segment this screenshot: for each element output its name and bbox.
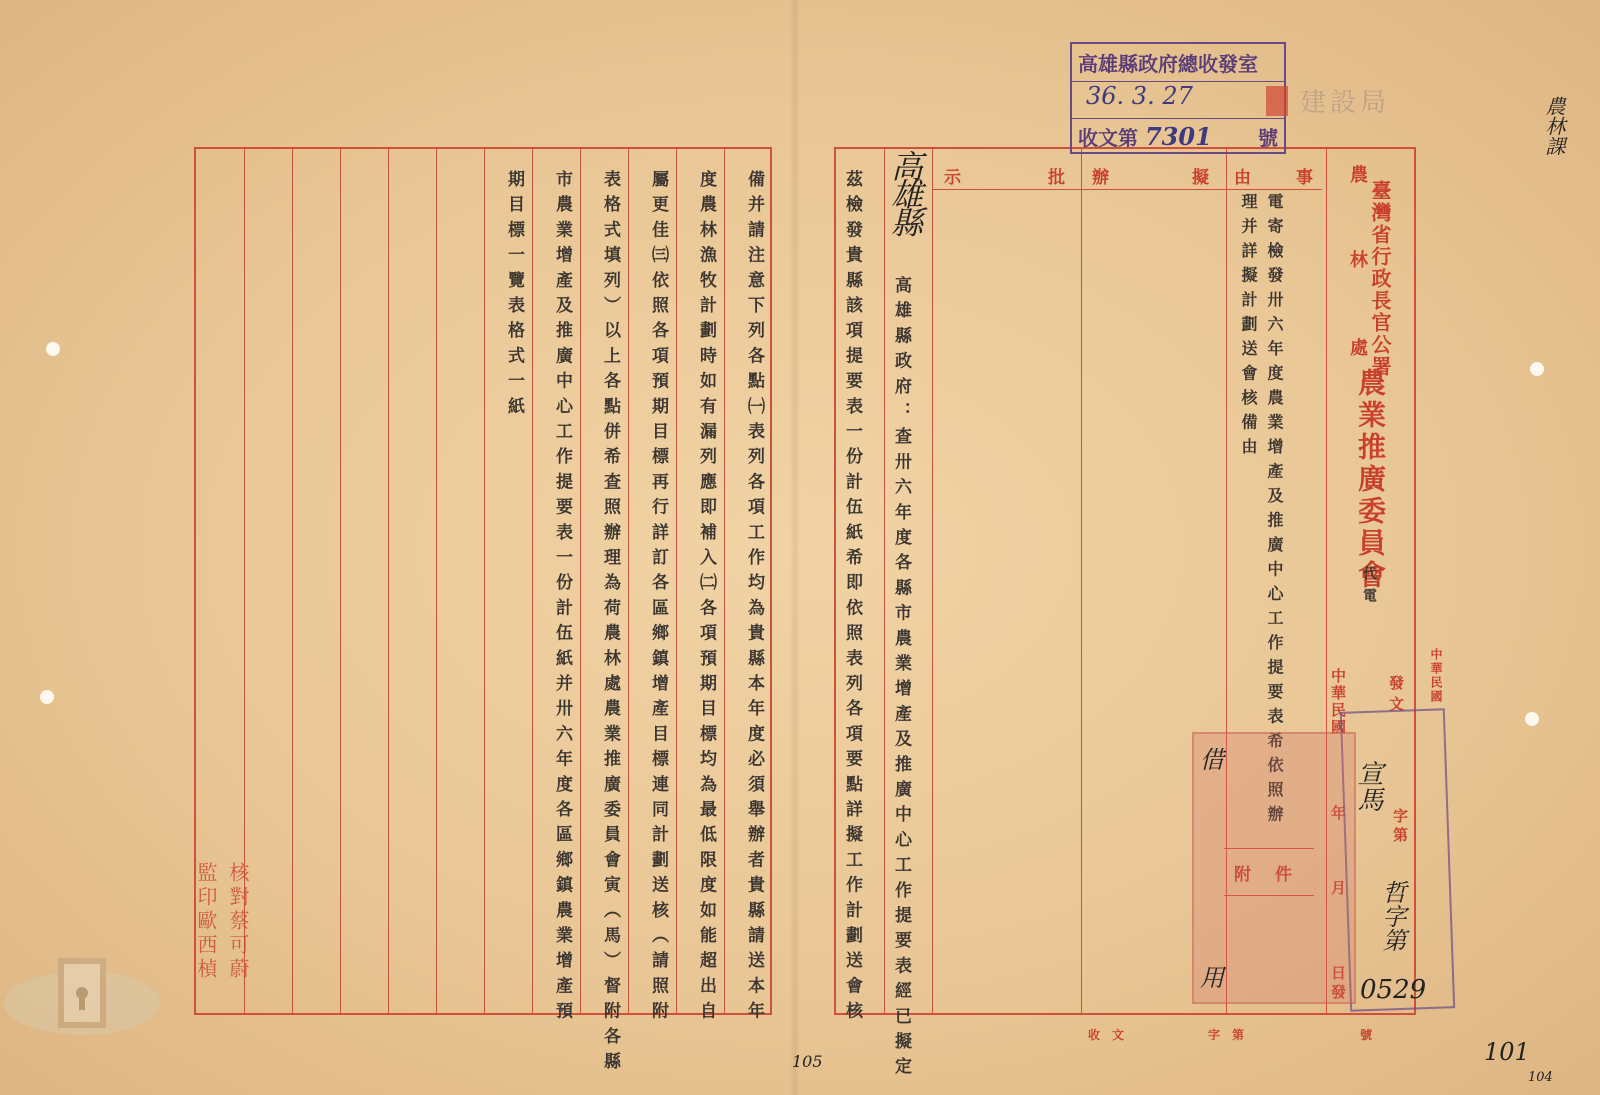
received-stamp: 高雄縣政府總收發室 36. 3. 27 收文第 7301 號 bbox=[1070, 42, 1286, 154]
date-right-roc: 中華民國 bbox=[1430, 648, 1442, 704]
received-office: 高雄縣政府總收發室 bbox=[1072, 44, 1284, 82]
punch-hole bbox=[40, 690, 54, 704]
received-number: 7301 bbox=[1145, 122, 1212, 151]
issuer-main: 臺灣省行政長官公署 bbox=[1370, 180, 1390, 378]
issuer-small-nong: 農 bbox=[1348, 165, 1366, 191]
left-page-frame bbox=[194, 147, 772, 1015]
body-col-6: 表格式填列）以上各點併希查照辦理為荷農林處農業推廣委員會寅（馬）督附各縣 bbox=[601, 170, 618, 1077]
issued-stamp bbox=[1340, 708, 1455, 1011]
body-col-1: 高雄縣政府：查卅六年度各縣市農業增產及推廣中心工作提要表經已擬定 bbox=[892, 276, 909, 1082]
received-label: 收文第 bbox=[1078, 126, 1138, 150]
subject-line-2: 理并詳擬計劃送會核備由 bbox=[1240, 193, 1256, 463]
label-shi-subject: 事 bbox=[1296, 163, 1313, 188]
page-number-right: 101 bbox=[1484, 1038, 1530, 1066]
received-hao: 號 bbox=[1258, 122, 1278, 151]
footer-recv: 收文 bbox=[1088, 1026, 1136, 1043]
handwritten-borrow: 借 bbox=[1200, 740, 1224, 775]
body-col-8: 期目標一覽表格式一紙 bbox=[505, 170, 522, 422]
faded-stamp-text: 建設局 bbox=[1300, 82, 1390, 119]
page-number-bottom: 105 bbox=[792, 1052, 823, 1071]
issuer-committee: 農業推廣委員會 bbox=[1356, 368, 1384, 592]
punch-hole bbox=[1525, 712, 1539, 726]
left-stamp-line-1: 核對蔡可蔚 bbox=[228, 862, 248, 982]
center-fold bbox=[790, 0, 800, 1095]
issuer-small-chu: 處 bbox=[1348, 338, 1366, 364]
label-ni: 擬 bbox=[1192, 163, 1209, 188]
archive-logo-icon bbox=[2, 948, 162, 1038]
left-stamp-line-2: 監印歐西楨 bbox=[196, 862, 216, 982]
small-red-seal bbox=[1266, 86, 1288, 116]
handwritten-char: 哲字第 bbox=[1375, 880, 1410, 952]
issuer-small-lin: 林 bbox=[1348, 250, 1366, 276]
label-ban: 辦 bbox=[1092, 163, 1109, 188]
footer-char-no: 字第 bbox=[1208, 1026, 1256, 1043]
handwritten-addressee: 高雄縣 bbox=[882, 150, 928, 234]
page-number-right-small: 104 bbox=[1528, 1070, 1553, 1085]
punch-hole bbox=[1530, 362, 1544, 376]
handwritten-use: 用 bbox=[1200, 958, 1224, 993]
body-col-3: 備并請注意下列各點㈠表列各項工作均為貴縣本年度必須舉辦者貴縣請送本年 bbox=[745, 170, 762, 1027]
body-col-7: 市農業增產及推廣中心工作提要表一份計伍紙并卅六年度各區鄉鎮農業增產預 bbox=[553, 170, 570, 1027]
label-shi: 示 bbox=[944, 163, 961, 188]
handwritten-number: 0529 bbox=[1360, 975, 1426, 1005]
margin-note-top-right: 農林課 bbox=[1540, 96, 1569, 156]
issuer-suffix: 代電 bbox=[1362, 566, 1376, 610]
body-col-5: 屬更佳㈢依照各項預期目標再行詳訂各區鄉鎮增產目標連同計劃送核（請照附 bbox=[649, 170, 666, 1027]
label-you: 由 bbox=[1234, 163, 1251, 188]
punch-hole bbox=[46, 342, 60, 356]
body-col-2: 茲檢發貴縣該項提要表一份計伍紙希即依照表列各項要點詳擬工作計劃送會核 bbox=[843, 170, 860, 1027]
body-col-4: 度農林漁牧計劃時如有漏列應即補入㈡各項預期目標均為最低限度如能超出自 bbox=[697, 170, 714, 1027]
footer-hao: 號 bbox=[1360, 1026, 1372, 1043]
label-pi: 批 bbox=[1048, 163, 1065, 188]
